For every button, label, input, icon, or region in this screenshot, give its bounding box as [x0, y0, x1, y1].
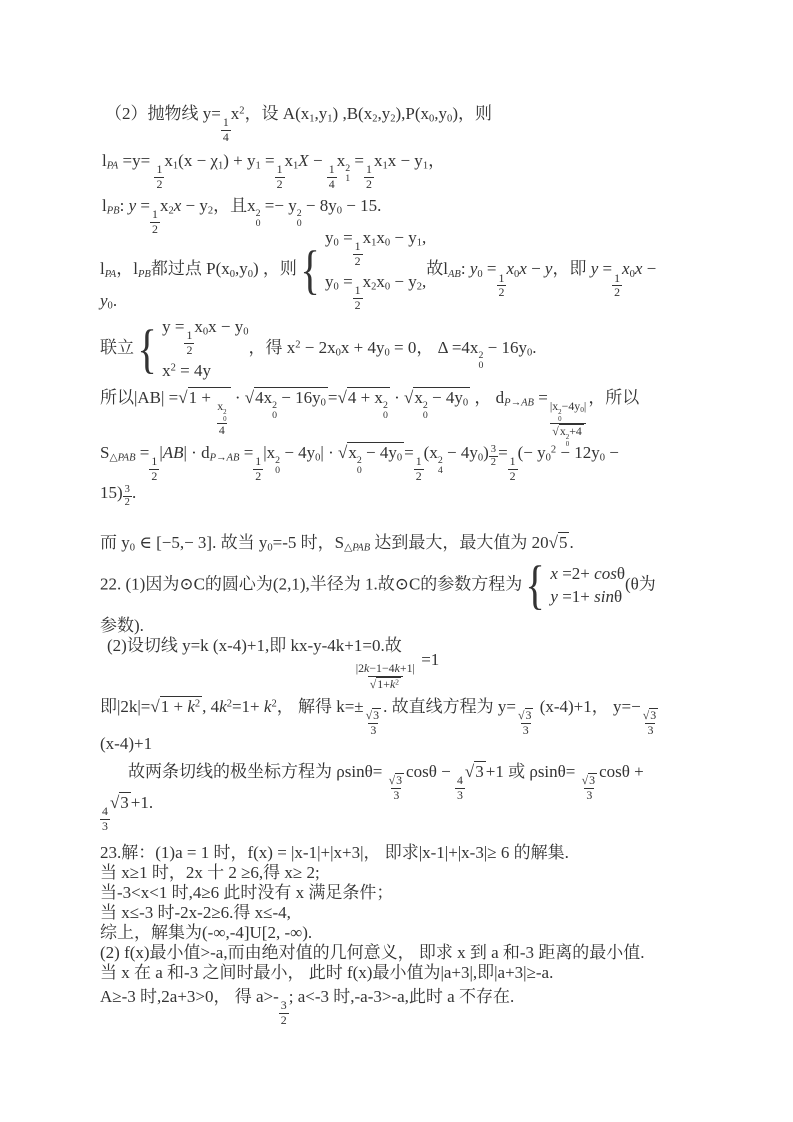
line-22-2-polar-continuation: 433+1. — [100, 792, 153, 834]
line-23-2-final: A≥-3 时,2a+3>0， 得 a>-32; a<-3 时,-a-3>-a,此… — [100, 982, 514, 1028]
line-simultaneous-system: 联立y =12x0x − y0x2 = 4y，得 x2 − 2x0x + 4y0… — [100, 317, 536, 381]
line-y0-continuation: y0. — [100, 291, 117, 312]
line-22-2-polar: 故两条切线的极坐标方程为 ρsinθ= 33cosθ − 433+1 或 ρsi… — [128, 757, 644, 803]
line-21-2-parabola: （2）抛物线 y=14x2，设 A(x1,y1) ,B(x2,y2),P(x0,… — [105, 99, 492, 145]
line-triangle-area: S△PAB =12|AB| · dP→AB =12|x20 − 4y0| · x… — [100, 442, 619, 484]
line-22-2-distance-equation: |2k−1−4k+1|1+k2 =1 — [0, 650, 793, 692]
line-lines-through-p: lPA，lPB都过点 P(x0,y0) ，则y0 =12x1x0 − y1,y0… — [100, 228, 656, 313]
line-22-2-solve-k: 即|2k|=1 + k2, 4k2=1+ k2， 解得 k=±33. 故直线方程… — [100, 692, 660, 738]
line-y0-range-max: 而 y0 ∈ [−5,− 3]. 故当 y0=-5 时，S△PAB 达到最大，最… — [100, 528, 574, 554]
line-lpa-equation: lPA =y= 12x1(x − χ1) + y1 =12x1X − 14x21… — [102, 146, 445, 192]
line-23-2-min-value: 当 x 在 a 和-3 之间时最小， 此时 f(x)最小值为|a+3|,即|a+… — [100, 958, 553, 983]
line-22-1-parametric: 22. (1)因为⊙C的圆心为(2,1),半径为 1.故⊙C的参数方程为x =2… — [100, 564, 656, 607]
line-area-continuation: 15)32. — [100, 483, 136, 509]
document-page: （2）抛物线 y=14x2，设 A(x1,y1) ,B(x2,y2),P(x0,… — [0, 0, 793, 1122]
line-ab-distance: 所以|AB| =1 + x204 · 4x20 − 16y0=4 + x20 ·… — [100, 383, 639, 448]
line-22-2-continuation: (x-4)+1 — [100, 734, 152, 754]
